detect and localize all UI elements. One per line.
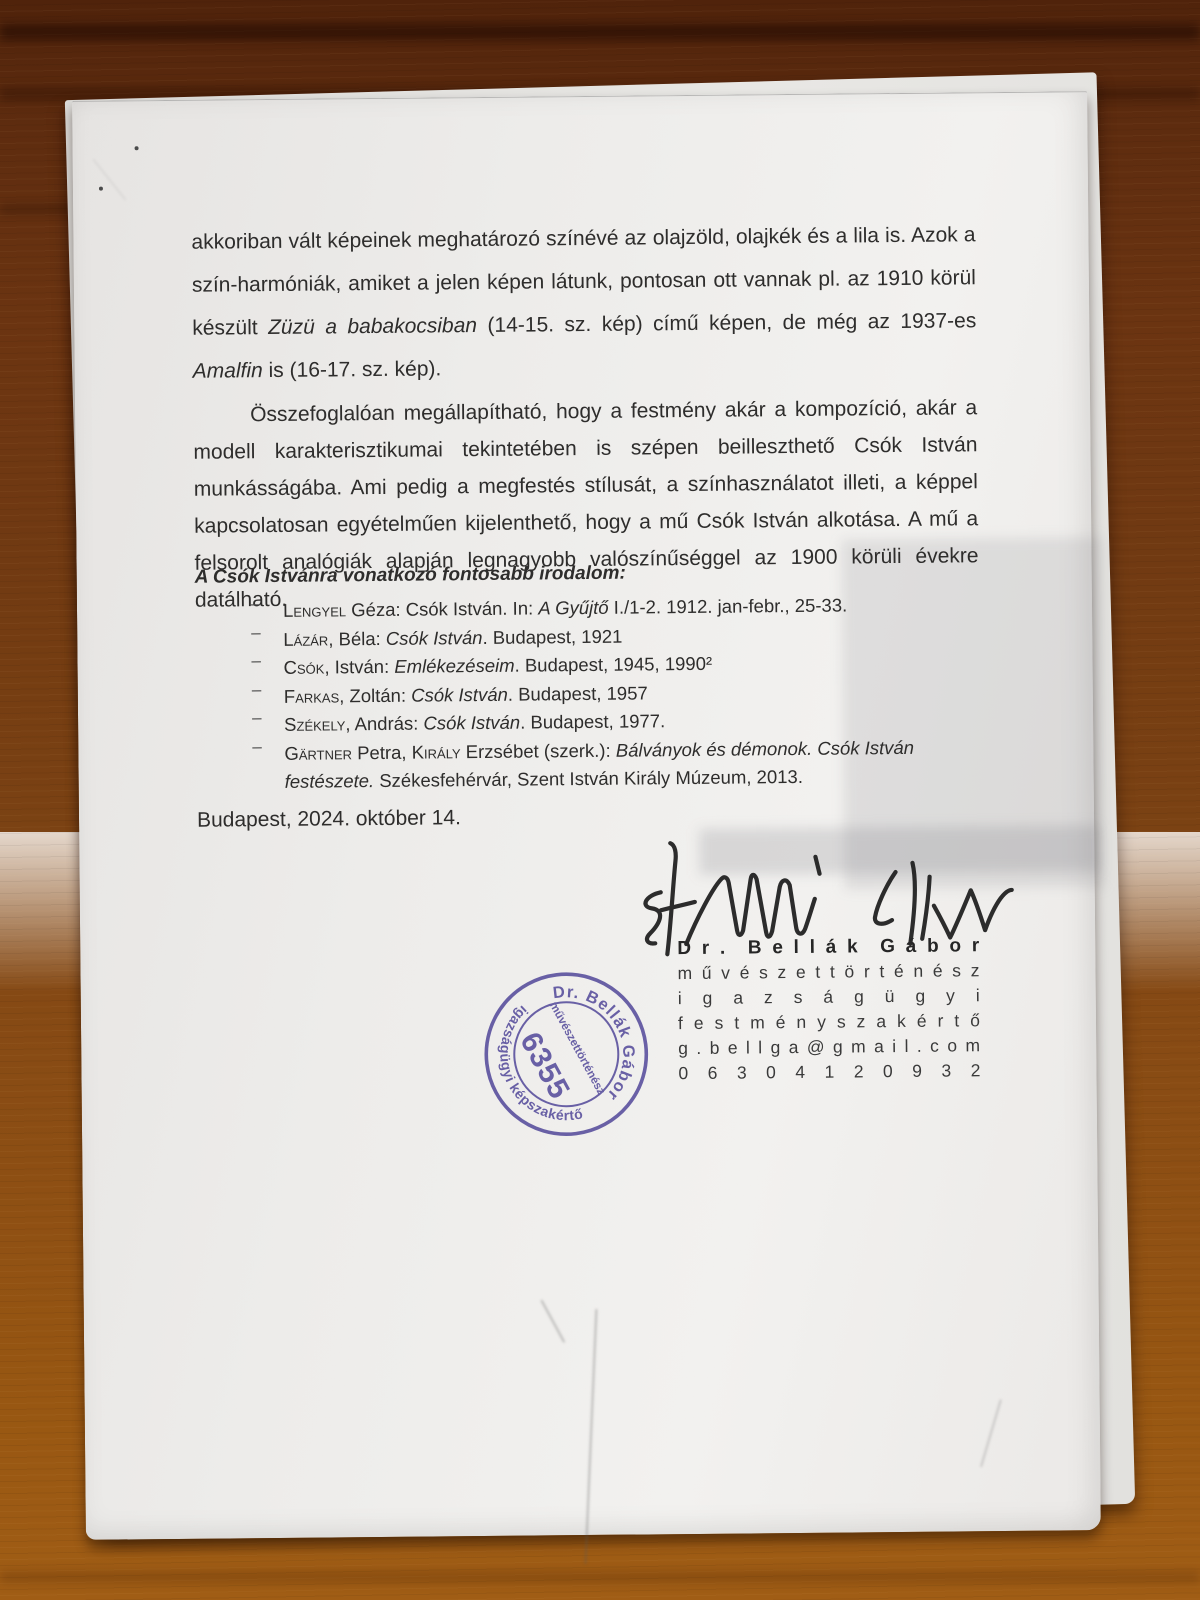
bibliography-item-text: Csók, István: Emlékezéseim. Budapest, 19… xyxy=(283,653,712,678)
dash-bullet: – xyxy=(252,704,262,733)
signatory-title-1: művészettörténész xyxy=(677,960,979,988)
paper-crease xyxy=(585,1309,597,1564)
bibliography-item: – Gärtner Petra, Király Erzsébet (szerk.… xyxy=(196,733,987,798)
signatory-name: Dr. Bellák Gábor xyxy=(677,935,979,963)
signature-stroke xyxy=(909,863,915,944)
dash-bullet: – xyxy=(252,676,262,705)
signatory-title-3: festményszakértő xyxy=(678,1010,980,1038)
signatory-email: g.bellga@gmail.com xyxy=(678,1035,980,1063)
expert-stamp: Dr. Bellák Gábor igazságügyi képszakértő… xyxy=(472,960,660,1148)
staple-mark xyxy=(135,146,139,150)
signature-stroke xyxy=(645,892,661,943)
dash-bullet: – xyxy=(251,619,261,648)
wood-streak xyxy=(0,24,1200,40)
paragraph-1: akkoriban vált képeinek meghatározó szín… xyxy=(191,213,977,393)
bibliography-item-text: Lázár, Béla: Csók István. Budapest, 1921 xyxy=(283,625,622,649)
bibliography-section: A Csók Istvánra vonatkozó fontosabb irod… xyxy=(195,559,987,797)
signatory-title-2: igazságügyi xyxy=(678,985,980,1013)
bibliography-item-text: Farkas, Zoltán: Csók István. Budapest, 1… xyxy=(284,682,648,706)
signature-stroke xyxy=(666,843,676,954)
paper-crease xyxy=(980,1399,1001,1467)
staple-mark xyxy=(99,187,103,191)
photo-scene: akkoriban vált képeinek meghatározó szín… xyxy=(0,0,1200,1600)
paper-crease xyxy=(540,1300,564,1343)
wood-streak xyxy=(0,1572,1200,1582)
signature-stroke xyxy=(934,890,1012,938)
signature-stroke xyxy=(922,877,931,939)
signature-stroke xyxy=(815,857,819,874)
dash-bullet: – xyxy=(252,733,262,762)
body-text: akkoriban vált képeinek meghatározó szín… xyxy=(191,213,979,619)
signature-stroke xyxy=(661,902,695,910)
signatory-phone: 06304120932 xyxy=(678,1060,980,1088)
signature-stroke xyxy=(874,872,896,924)
document-page: akkoriban vált képeinek meghatározó szín… xyxy=(72,91,1101,1540)
signature-stroke xyxy=(686,874,816,944)
staple-scratch xyxy=(93,159,126,200)
dash-bullet: – xyxy=(251,647,261,676)
bibliography-item-text: Gärtner Petra, Király Erzsébet (szerk.):… xyxy=(284,736,914,792)
dash-bullet: – xyxy=(251,590,261,619)
date-line: Budapest, 2024. október 14. xyxy=(197,806,461,833)
bibliography-item-text: Lengyel Géza: Csók István. In: A Gyűjtő … xyxy=(283,594,847,620)
bibliography-item-text: Székely, András: Csók István. Budapest, … xyxy=(284,710,665,735)
signatory-block: Dr. Bellák Gábor művészettörténész igazs… xyxy=(677,935,980,1088)
